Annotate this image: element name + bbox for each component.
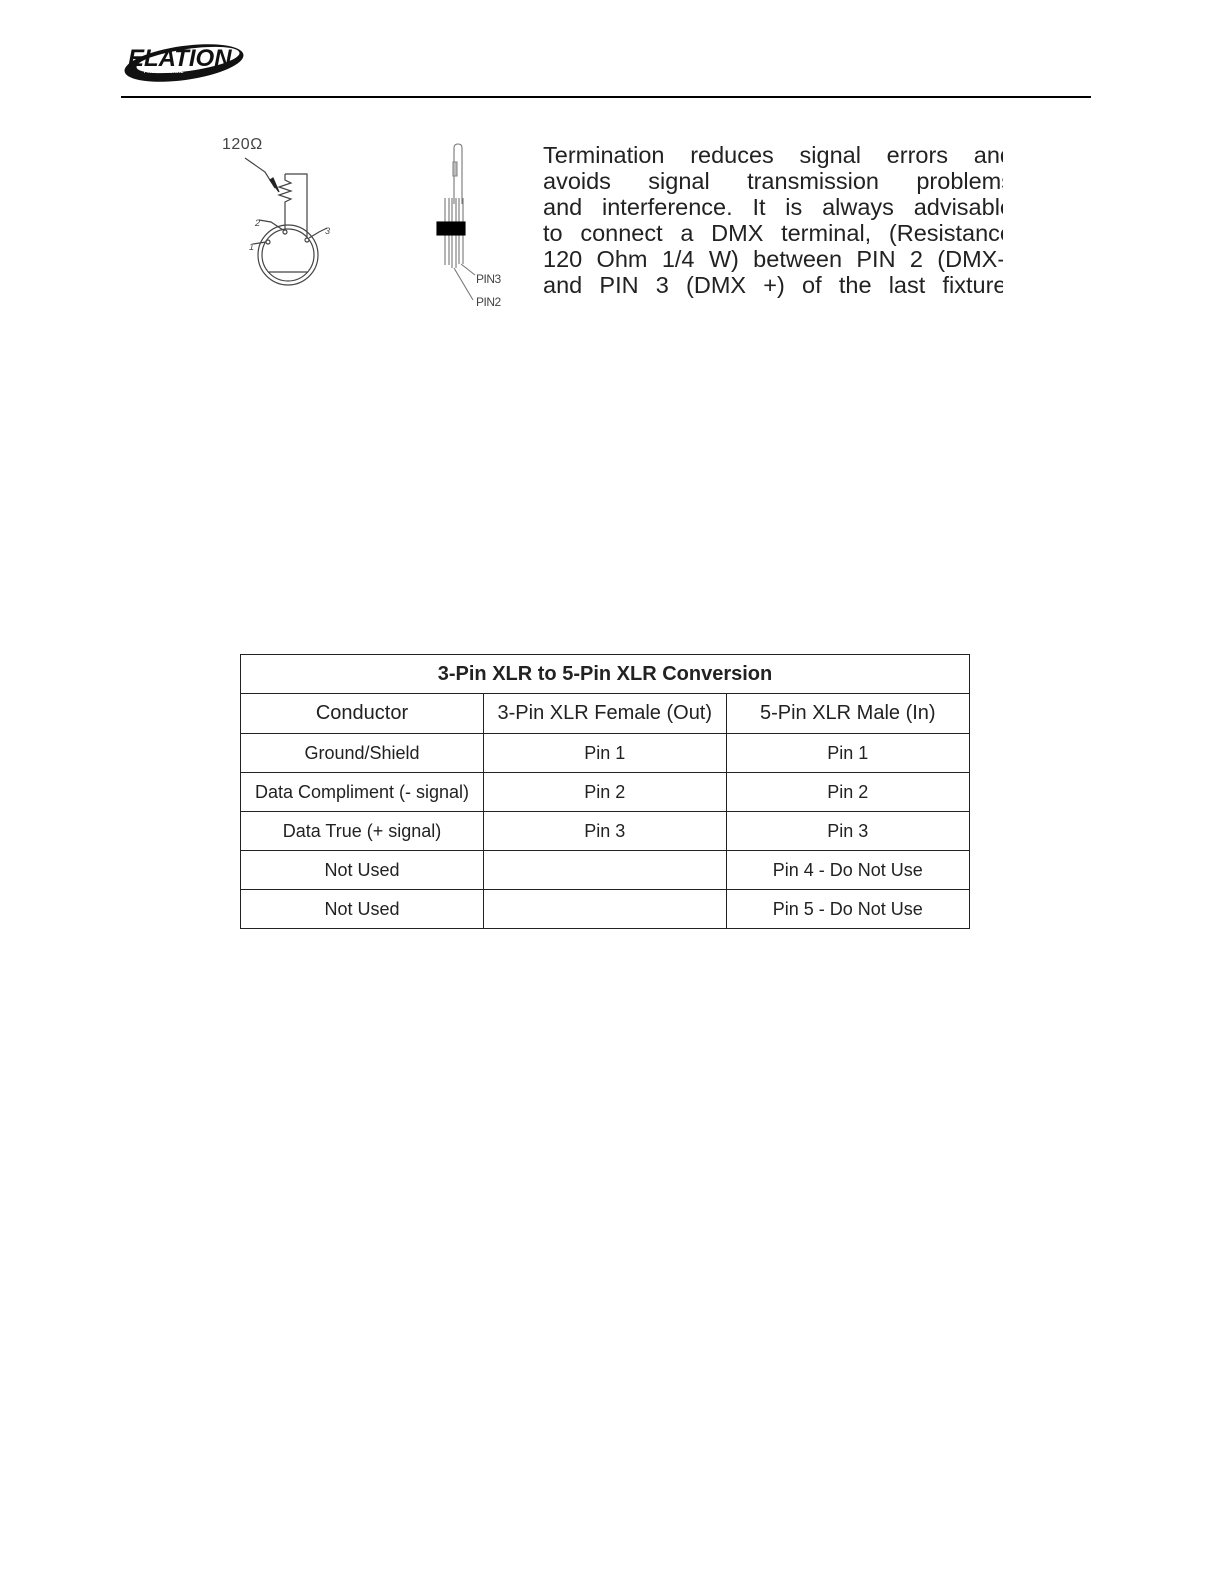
table-cell: Pin 3	[483, 812, 726, 851]
table-cell: Pin 3	[726, 812, 969, 851]
table-title-row: 3-Pin XLR to 5-Pin XLR Conversion	[241, 655, 970, 694]
table-row: Not Used Pin 5 - Do Not Use	[241, 890, 970, 929]
table-cell	[483, 890, 726, 929]
table-row: Not Used Pin 4 - Do Not Use	[241, 851, 970, 890]
table-cell: Pin 2	[483, 773, 726, 812]
paragraph-line: 120 Ohm 1/4 W) between PIN 2 (DMX-)	[543, 246, 1003, 272]
pin1-number: 1	[249, 242, 254, 252]
xlr-conversion-table: 3-Pin XLR to 5-Pin XLR Conversion Conduc…	[240, 654, 970, 929]
table-row: Ground/Shield Pin 1 Pin 1	[241, 734, 970, 773]
table-cell: Ground/Shield	[241, 734, 484, 773]
header-divider	[121, 96, 1091, 98]
table-cell: Pin 5 - Do Not Use	[726, 890, 969, 929]
table-cell: Data True (+ signal)	[241, 812, 484, 851]
xlr-termination-diagram: 2 3 1	[215, 130, 345, 300]
plug-pin3-label: PIN3	[476, 272, 501, 286]
table-row: Data True (+ signal) Pin 3 Pin 3	[241, 812, 970, 851]
table-cell: Not Used	[241, 890, 484, 929]
table-cell: Pin 4 - Do Not Use	[726, 851, 969, 890]
table-row: Data Compliment (- signal) Pin 2 Pin 2	[241, 773, 970, 812]
plug-pin2-label: PIN2	[476, 295, 501, 309]
table-header-row: Conductor 3-Pin XLR Female (Out) 5-Pin X…	[241, 694, 970, 734]
table-cell: Pin 2	[726, 773, 969, 812]
table-cell	[483, 851, 726, 890]
pin3-number: 3	[325, 226, 330, 236]
table-cell: Pin 1	[483, 734, 726, 773]
table-cell: Data Compliment (- signal)	[241, 773, 484, 812]
logo-sub-text: PROFESSIONAL	[144, 69, 183, 75]
column-header-3pin: 3-Pin XLR Female (Out)	[483, 694, 726, 734]
pin2-number: 2	[254, 218, 260, 228]
plug-resistor-diagram	[425, 140, 525, 320]
table-cell: Pin 1	[726, 734, 969, 773]
elation-logo: ELATION PROFESSIONAL	[122, 38, 246, 84]
paragraph-line: and PIN 3 (DMX +) of the last fixture.	[543, 272, 1003, 298]
column-header-5pin: 5-Pin XLR Male (In)	[726, 694, 969, 734]
paragraph-line: to connect a DMX terminal, (Resistance	[543, 220, 1003, 246]
paragraph-line: and interference. It is always advisable	[543, 194, 1003, 220]
logo-brand-text: ELATION	[128, 45, 232, 72]
table-cell: Not Used	[241, 851, 484, 890]
paragraph-line: Termination reduces signal errors and	[543, 142, 1003, 168]
termination-paragraph: Termination reduces signal errors and av…	[543, 142, 1003, 298]
table-title: 3-Pin XLR to 5-Pin XLR Conversion	[241, 655, 970, 694]
column-header-conductor: Conductor	[241, 694, 484, 734]
paragraph-line: avoids signal transmission problems	[543, 168, 1003, 194]
